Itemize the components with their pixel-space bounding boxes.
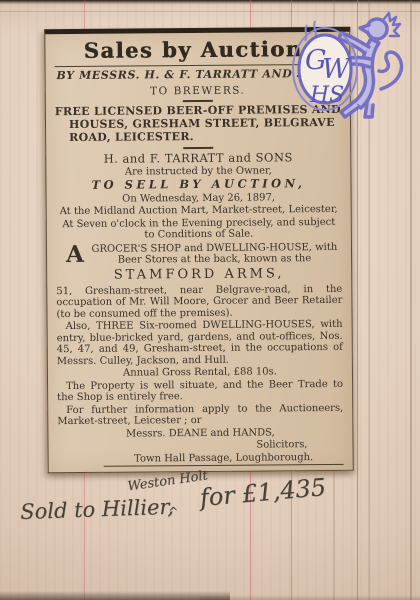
gwhs-logo-stamp: G W HS <box>285 11 415 125</box>
property-name: STAMFORD ARMS, <box>56 267 342 284</box>
auction-date: On Wednesday, May 26, 1897, <box>56 192 342 206</box>
drop-cap: A <box>56 244 87 265</box>
auction-venue: At the Midland Auction Mart, Market-stre… <box>56 204 342 218</box>
solicitors-firm: Messrs. DEANE and HANDS, <box>57 426 343 440</box>
further-info-para: For further information apply to the Auc… <box>57 402 343 427</box>
property-condition-para: The Property is well situate, and the Be… <box>57 378 343 403</box>
annotation-caret: ^ <box>168 505 179 519</box>
sell-by-auction-line: TO SELL BY AUCTION, <box>55 177 341 192</box>
annotation-main: Sold to Hillier, <box>20 495 174 524</box>
page-bottom-shadow <box>0 591 230 600</box>
solicitors-label: Solicitors, <box>57 439 343 453</box>
handwritten-annotation: Sold to Hillier, ^ Weston Holt for £1,43… <box>17 466 369 538</box>
solicitors-address: Town Hall Passage, Loughborough. <box>104 451 344 466</box>
lot-detail-para-2: Also, THREE Six-roomed DWELLING-HOUSES, … <box>57 319 343 367</box>
annotation-price: for £1,435 <box>199 473 327 512</box>
auction-time: At Seven o'clock in the Evening precisel… <box>56 217 342 242</box>
firm-name: H. and F. TARRATT and SONS <box>55 151 341 166</box>
ledger-page: Sales by Auction. BY MESSRS. H. & F. TAR… <box>0 0 420 600</box>
logo-letter-w: W <box>322 54 352 85</box>
divider-rule <box>183 100 213 102</box>
page-bottom-shadow <box>200 595 420 600</box>
divider-rule <box>183 147 213 149</box>
lot-detail-para-1: 51, Gresham-street, near Belgrave-road, … <box>56 284 342 321</box>
logo-letters-hs: HS <box>309 83 344 108</box>
lot-description-text: GROCER'S SHOP and DWELLING-HOUSE, with B… <box>91 242 337 266</box>
rental-line: Annual Gross Rental, £88 10s. <box>57 366 343 380</box>
lot-description: A GROCER'S SHOP and DWELLING-HOUSE, with… <box>56 242 342 267</box>
